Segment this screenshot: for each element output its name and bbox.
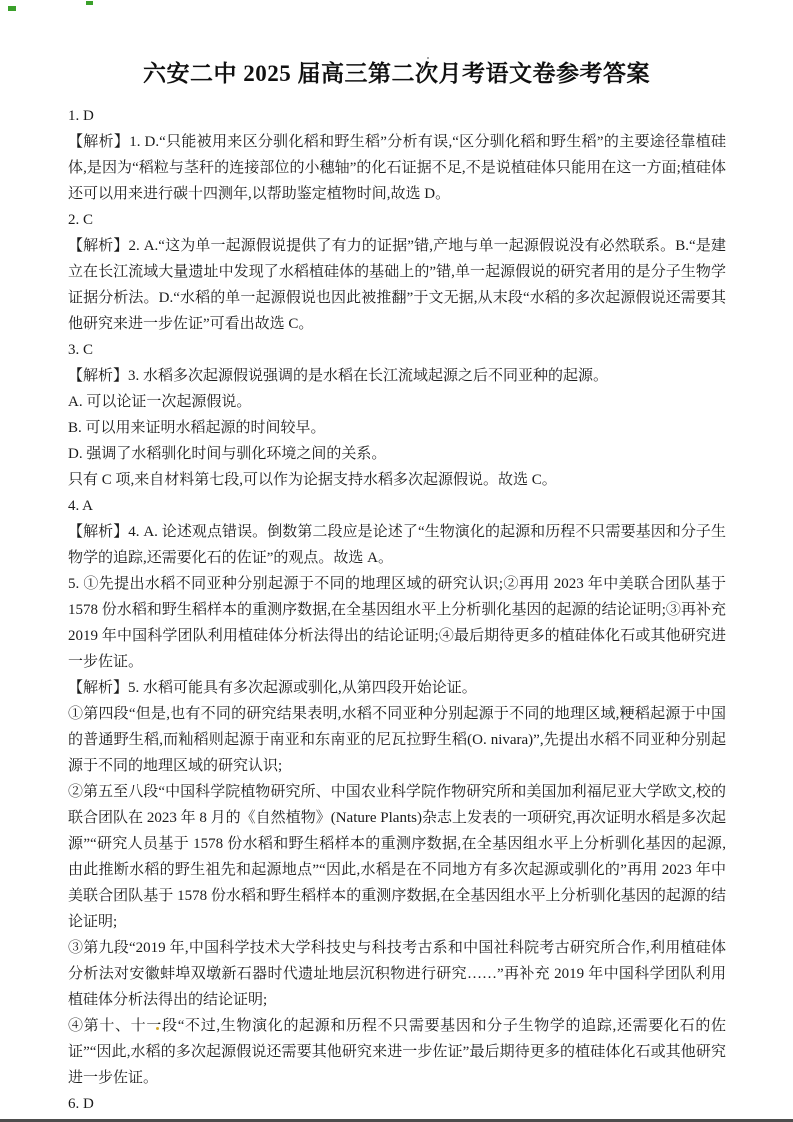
paragraph: 6. D — [68, 1091, 726, 1117]
scan-artifact-green-mark — [8, 6, 16, 11]
paragraph: ①第四段“但是,也有不同的研究结果表明,水稻不同亚种分别起源于不同的地理区域,粳… — [68, 701, 726, 779]
paragraph: B. 可以用来证明水稻起源的时间较早。 — [68, 415, 726, 441]
scan-artifact-green-mark-2 — [86, 1, 93, 5]
paragraph: 5. ①先提出水稻不同亚种分别起源于不同的地理区域的研究认识;②再用 2023 … — [68, 571, 726, 675]
paragraph: ④第十、十一段“不过,生物演化的起源和历程不只需要基因和分子生物学的追踪,还需要… — [68, 1013, 726, 1091]
paragraph: 【解析】5. 水稻可能具有多次起源或驯化,从第四段开始论证。 — [68, 675, 726, 701]
document-page: 六安二中 2025 届高三第二次月考语文卷参考答案 1. D【解析】1. D.“… — [0, 0, 793, 1122]
document-body: 1. D【解析】1. D.“只能被用来区分驯化稻和野生稻”分析有误,“区分驯化稻… — [68, 103, 726, 1117]
paragraph: 【解析】3. 水稻多次起源假说强调的是水稻在长江流域起源之后不同亚种的起源。 — [68, 363, 726, 389]
paragraph: D. 强调了水稻驯化时间与驯化环境之间的关系。 — [68, 441, 726, 467]
paragraph: ③第九段“2019 年,中国科学技术大学科技史与科技考古系和中国社科院考古研究所… — [68, 935, 726, 1013]
paragraph: 2. C — [68, 207, 726, 233]
scan-artifact-dot — [156, 1027, 159, 1030]
paragraph: 【解析】1. D.“只能被用来区分驯化稻和野生稻”分析有误,“区分驯化稻和野生稻… — [68, 129, 726, 207]
paragraph: 4. A — [68, 493, 726, 519]
paragraph: 1. D — [68, 103, 726, 129]
paragraph: 【解析】4. A. 论述观点错误。倒数第二段应是论述了“生物演化的起源和历程不只… — [68, 519, 726, 571]
paragraph: A. 可以论证一次起源假说。 — [68, 389, 726, 415]
paragraph: 3. C — [68, 337, 726, 363]
paragraph: ②第五至八段“中国科学院植物研究所、中国农业科学院作物研究所和美国加利福尼亚大学… — [68, 779, 726, 935]
document-title: 六安二中 2025 届高三第二次月考语文卷参考答案 — [0, 0, 793, 88]
scan-artifact-speck — [427, 57, 429, 59]
paragraph: 【解析】2. A.“这为单一起源假说提供了有力的证据”错,产地与单一起源假说没有… — [68, 233, 726, 337]
paragraph: 只有 C 项,来自材料第七段,可以作为论据支持水稻多次起源假说。故选 C。 — [68, 467, 726, 493]
